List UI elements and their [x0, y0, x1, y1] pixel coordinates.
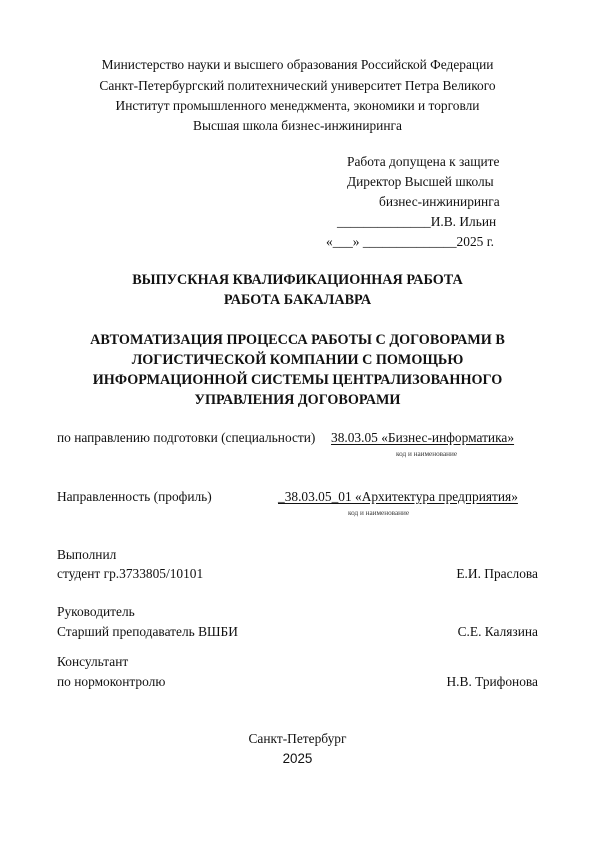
ministry-line: Министерство науки и высшего образования… [0, 57, 595, 73]
year: 2025 [0, 751, 595, 766]
direction-value: 38.03.05 «Бизнес-информатика» [331, 430, 514, 446]
direction-caption: код и наименование [396, 450, 457, 458]
work-type-title: ВЫПУСКНАЯ КВАЛИФИКАЦИОННАЯ РАБОТА [0, 272, 595, 289]
institute-line: Институт промышленного менеджмента, экон… [0, 98, 595, 114]
topic-line: УПРАВЛЕНИЯ ДОГОВОРАМИ [0, 392, 595, 409]
profile-label: Направленность (профиль) [57, 489, 212, 505]
supervisor-role: Руководитель [57, 604, 135, 620]
topic-line: АВТОМАТИЗАЦИЯ ПРОЦЕССА РАБОТЫ С ДОГОВОРА… [0, 332, 595, 349]
approval-date: «___» ______________2025 г. [326, 234, 494, 250]
topic-line: ИНФОРМАЦИОННОЙ СИСТЕМЫ ЦЕНТРАЛИЗОВАННОГО [0, 372, 595, 389]
consultant-role: Консультант [57, 654, 128, 670]
topic-line: ЛОГИСТИЧЕСКОЙ КОМПАНИИ С ПОМОЩЬЮ [0, 352, 595, 369]
profile-value: _38.03.05_01 «Архитектура предприятия» [278, 489, 518, 505]
work-type-subtitle: РАБОТА БАКАЛАВРА [0, 292, 595, 309]
director-signature: ______________И.В. Ильин [337, 214, 496, 230]
school-name-line: бизнес-инжиниринга [379, 194, 500, 210]
author-role: Выполнил [57, 547, 116, 563]
direction-label: по направлению подготовки (специальности… [57, 430, 315, 446]
approval-line: Работа допущена к защите [347, 154, 499, 170]
city: Санкт-Петербург [0, 731, 595, 747]
author-position: студент гр.3733805/10101 [57, 566, 203, 582]
author-name: Е.И. Праслова [456, 566, 538, 582]
school-line: Высшая школа бизнес-инжиниринга [0, 118, 595, 134]
consultant-name: Н.В. Трифонова [447, 674, 539, 690]
director-line: Директор Высшей школы [347, 174, 494, 190]
profile-caption: код и наименование [348, 509, 409, 517]
university-line: Санкт-Петербургский политехнический унив… [0, 78, 595, 94]
supervisor-name: С.Е. Калязина [458, 624, 538, 640]
supervisor-position: Старший преподаватель ВШБИ [57, 624, 238, 640]
consultant-position: по нормоконтролю [57, 674, 165, 690]
